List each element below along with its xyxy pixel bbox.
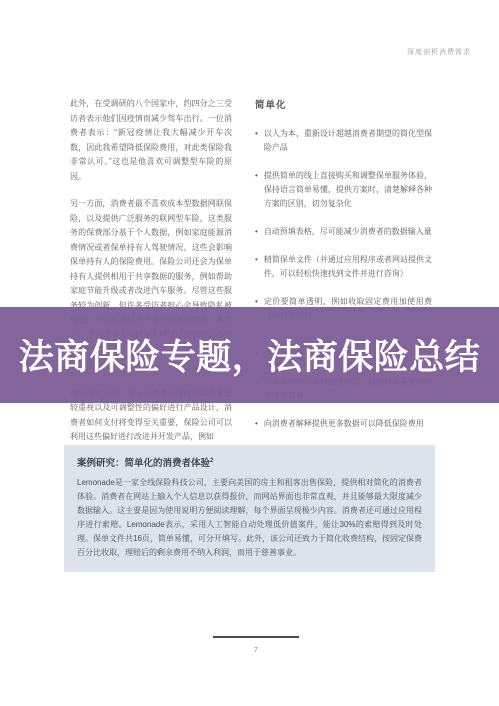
footer-divider [213,636,299,638]
watermark-title: 法商保险专题，法商保险总结 [19,330,481,380]
case-study-title-text: 案例研究：简单化的消费者体验 [77,458,210,469]
footnote-marker: 2 [210,458,213,464]
watermark-banner: 法商保险专题，法商保险总结 [0,307,499,403]
list-item: • 自动预填表格，尽可能减少消费者的数据输入量 [255,225,432,239]
section-heading: 简单化 [255,97,432,111]
list-item: • 精简保单文件（并通过应用程序或者网站提供文件，可以轻松快速找到文件并进行咨询… [255,253,432,281]
list-item: • 提供简单的线上直接购买和调整保单服务体验，保持语言简单易懂，提供方案时，清楚… [255,169,432,211]
list-item-text: 自动预填表格，尽可能减少消费者的数据输入量 [264,225,432,239]
list-item-text: 精简保单文件（并通过应用程序或者网站提供文件，可以轻松快速找到文件并进行咨询） [264,253,432,281]
case-study-body: Lemonade是一家全线保险科技公司，主要向美国的房主和租客出售保险，提供相对… [77,476,422,560]
paragraph: 此外，在受调研的八个国家中，约四分之三受访者表示他们因疫情而减少驾车出行。一位消… [70,97,232,184]
list-item-text: 向消费者解释提供更多数据可以降低保险费用 [264,417,432,431]
running-header: 深度剖析消费需求 [407,47,471,57]
bullet-icon: • [255,127,258,155]
page-number: 7 [213,645,299,654]
list-item: • 以人为本，重新设计超越消费者期望的简化型保险产品 [255,127,432,155]
list-item: • 向消费者解释提供更多数据可以降低保险费用 [255,417,432,431]
bullet-icon: • [255,417,258,431]
list-item-text: 以人为本，重新设计超越消费者期望的简化型保险产品 [264,127,432,155]
case-study-title: 案例研究：简单化的消费者体验2 [77,455,422,469]
bullet-icon: • [255,169,258,211]
bullet-icon: • [255,225,258,239]
bullet-icon: • [255,253,258,281]
list-item-text: 提供简单的线上直接购买和调整保单服务体验，保持语言简单易懂，提供方案时，清楚解释… [264,169,432,211]
case-study-box: 案例研究：简单化的消费者体验2 Lemonade是一家全线保险科技公司，主要向美… [64,445,435,572]
report-page: 深度剖析消费需求 此外，在受调研的八个国家中，约四分之三受访者表示他们因疫情而减… [0,0,499,706]
